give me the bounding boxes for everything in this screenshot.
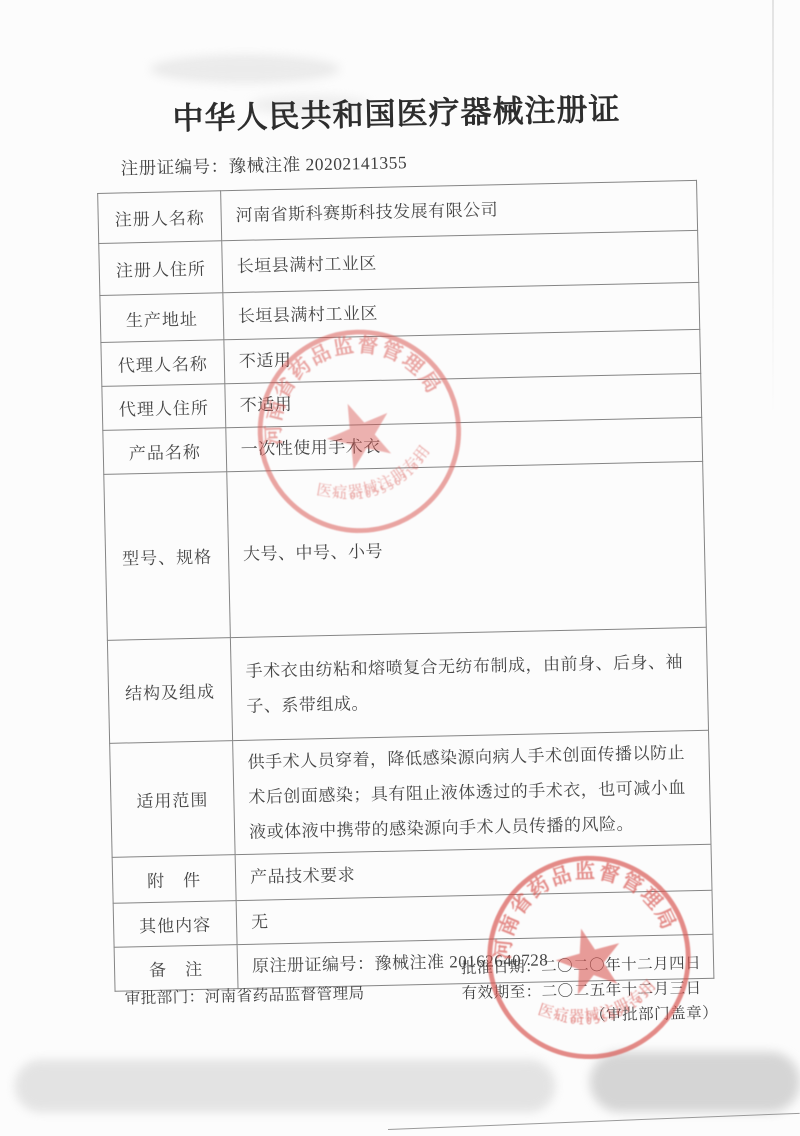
field-value: 大号、中号、小号 bbox=[227, 461, 707, 637]
registration-number-label: 注册证编号： bbox=[120, 156, 228, 178]
registration-number-value: 豫械注准 20202141355 bbox=[228, 152, 407, 176]
scan-smudge bbox=[150, 55, 340, 83]
scan-edge-line bbox=[772, 0, 774, 420]
registration-number-line: 注册证编号：豫械注准 20202141355 bbox=[120, 149, 407, 180]
field-label: 产品名称 bbox=[103, 428, 227, 475]
document-page: 中华人民共和国医疗器械注册证 注册证编号：豫械注准 20202141355 注册… bbox=[0, 0, 800, 1136]
field-label: 注册人名称 bbox=[98, 191, 222, 244]
field-label: 结构及组成 bbox=[107, 638, 232, 744]
field-label: 型号、规格 bbox=[104, 472, 231, 641]
approval-department: 审批部门：河南省药品监督管理局 bbox=[124, 981, 364, 1008]
field-label: 代理人住所 bbox=[102, 384, 226, 431]
scan-page-edge bbox=[388, 1113, 800, 1130]
certificate-title: 中华人民共和国医疗器械注册证 bbox=[95, 82, 698, 140]
field-label: 其他内容 bbox=[113, 901, 237, 948]
field-label: 注册人住所 bbox=[99, 241, 223, 296]
table-row: 结构及组成 手术衣由纺粘和熔喷复合无纺布制成，由前身、后身、袖子、系带组成。 bbox=[107, 627, 708, 743]
certificate: 中华人民共和国医疗器械注册证 注册证编号：豫械注准 20202141355 注册… bbox=[95, 82, 719, 1095]
field-label: 生产地址 bbox=[100, 293, 224, 343]
field-label: 适用范围 bbox=[110, 741, 235, 858]
table-row: 适用范围 供手术人员穿着，降低感染源向病人手术创面传播以防止术后创面感染；具有阻… bbox=[110, 730, 711, 857]
field-label: 附 件 bbox=[112, 855, 236, 904]
registration-table: 注册人名称 河南省斯科赛斯科技发展有限公司 注册人住所 长垣县满村工业区 生产地… bbox=[97, 180, 714, 992]
footer-dates: 批准日期：二〇二〇年十二月四日 有效期至：二〇二五年十二月三日 （审批部门盖章） bbox=[461, 951, 721, 1032]
table-row: 型号、规格 大号、中号、小号 bbox=[104, 461, 706, 640]
field-value: 手术衣由纺粘和熔喷复合无纺布制成，由前身、后身、袖子、系带组成。 bbox=[230, 627, 708, 740]
field-value: 供手术人员穿着，降低感染源向病人手术创面传播以防止术后创面感染；具有阻止液体透过… bbox=[233, 730, 711, 854]
field-label: 代理人名称 bbox=[101, 340, 225, 387]
